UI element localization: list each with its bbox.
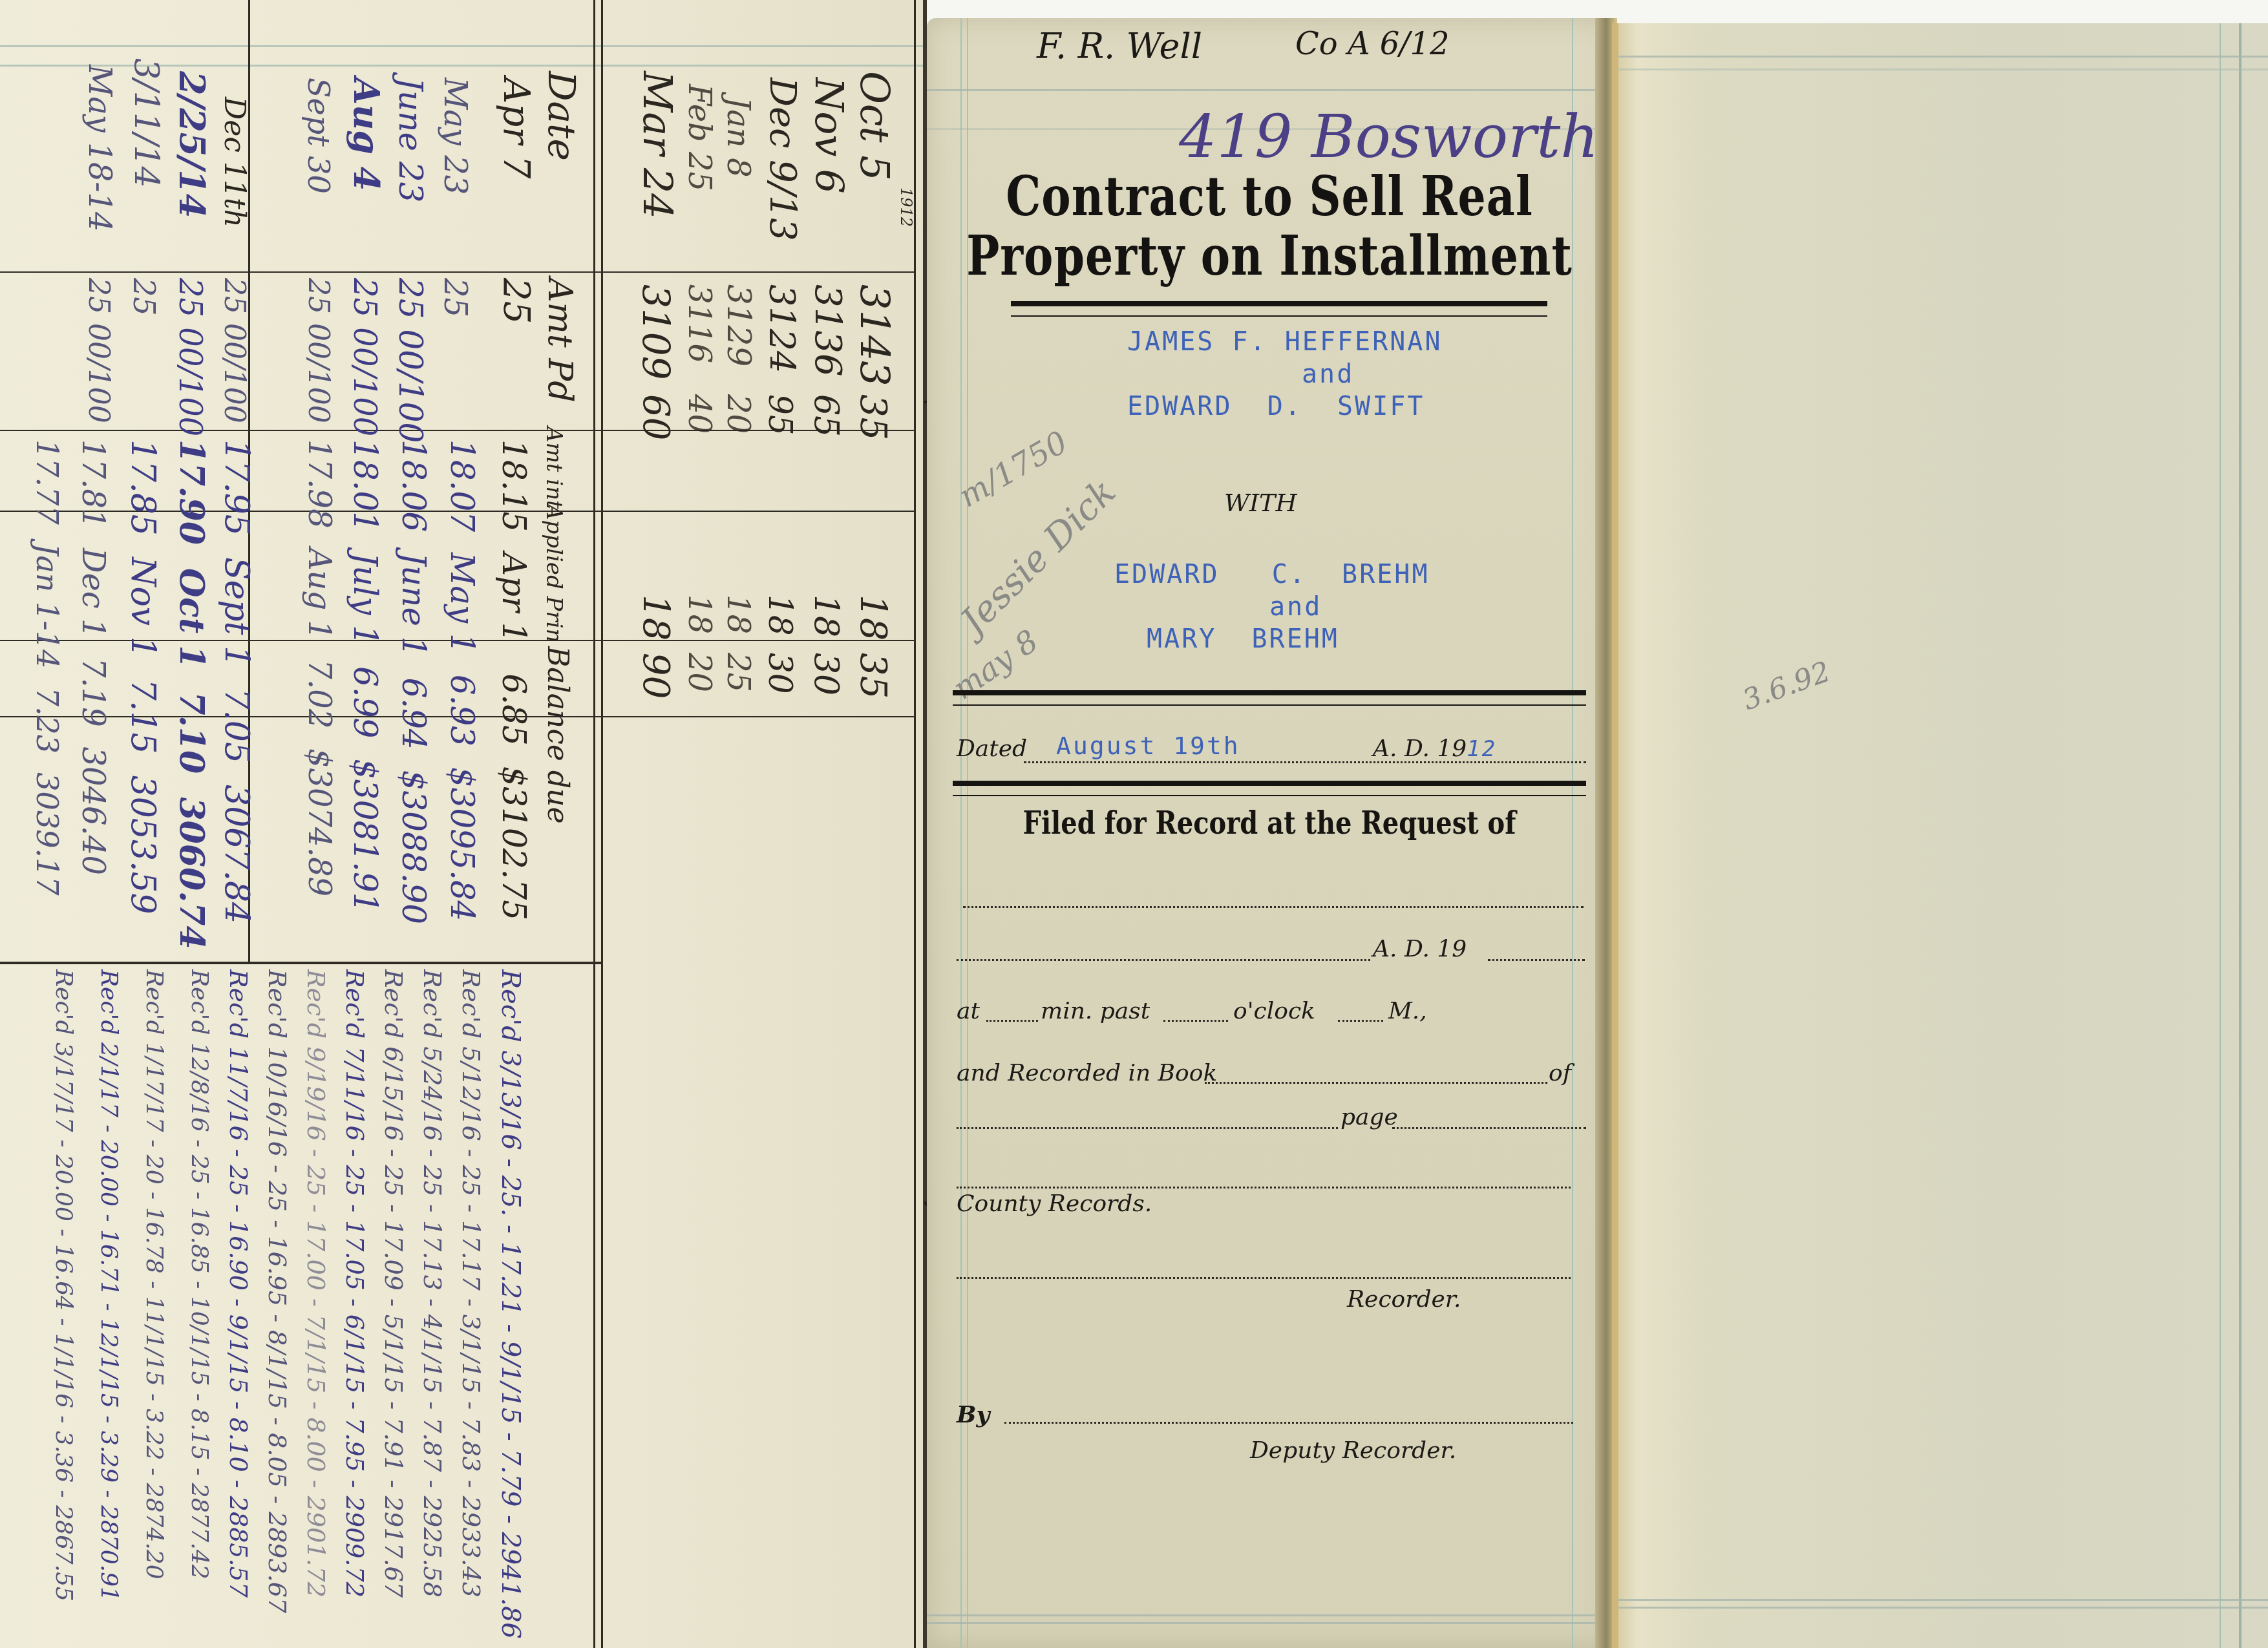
hw-header-applied-prin: Applied Prin bbox=[543, 504, 565, 642]
filed-heading: Filed for Record at the Request of bbox=[927, 805, 1612, 841]
party1-and: and bbox=[1302, 359, 1354, 389]
payment-amount: 25 bbox=[440, 278, 471, 317]
oclock-label: o'clock bbox=[1233, 998, 1315, 1024]
m-label: M., bbox=[1388, 998, 1427, 1024]
schedule-line: 18.01 July 1 6.99 $3081.91 bbox=[349, 439, 381, 913]
payment-amount: 25 00/100 bbox=[349, 278, 380, 436]
schedule-line: 17.98 Aug 1 7.02 $3074.89 bbox=[304, 439, 335, 896]
deputy-field[interactable] bbox=[1004, 1422, 1573, 1424]
annotation-address: 419 Bosworth bbox=[1179, 102, 1598, 171]
recorder-field[interactable] bbox=[957, 1277, 1571, 1279]
hw-header-balance: Balance due bbox=[543, 646, 571, 823]
guide-line bbox=[927, 1622, 1612, 1624]
receipt-entry: Rec'd 7/11/16 - 25 - 17.05 - 6/1/15 - 7.… bbox=[343, 969, 367, 1598]
receipt-entry: Rec'd 12/8/16 - 25 - 16.85 - 10/1/15 - 8… bbox=[187, 969, 211, 1579]
annotation-name: F. R. Well bbox=[1037, 26, 1202, 67]
book-of-field[interactable] bbox=[957, 1127, 1338, 1129]
payment-amount: 25 bbox=[129, 278, 159, 316]
column-rule bbox=[914, 0, 916, 1648]
title-line-2: Property on Installment bbox=[927, 224, 1612, 288]
request-of-field[interactable] bbox=[963, 906, 1584, 908]
payment-amount: 25 00/100 bbox=[84, 278, 112, 423]
title-line-1: Contract to Sell Real bbox=[927, 164, 1612, 229]
annotation-code: Co A 6/12 bbox=[1295, 26, 1450, 62]
payment-date: June 23 bbox=[394, 78, 427, 203]
dated-ad-label: A. D. 1912 bbox=[1373, 735, 1497, 762]
guide-line bbox=[927, 1614, 1612, 1616]
payment-amount: 25 00/100 bbox=[175, 278, 206, 436]
party1-name1: JAMES F. HEFFERNAN bbox=[1127, 327, 1442, 357]
receipt-entry: Rec'd 11/7/16 - 25 - 16.90 - 9/1/15 - 8.… bbox=[226, 969, 251, 1598]
schedule-line: 17.81 Dec 1 7.19 3046.40 bbox=[78, 439, 109, 875]
payment-date: 3/11/14 bbox=[129, 58, 163, 187]
dotted-line bbox=[1024, 761, 1586, 763]
ledger-page: Date Principal Interest Received by 1912… bbox=[0, 0, 927, 1648]
receipt-entry: Rec'd 10/16/16 - 25 - 16.95 - 8/1/15 - 8… bbox=[265, 969, 290, 1613]
payment-date: May 23 bbox=[440, 78, 471, 195]
dated-value: August 19th bbox=[1056, 732, 1240, 760]
schedule-line: 17.85 Nov 1 7.15 3053.59 bbox=[126, 439, 160, 914]
payment-amount: 25 00/100 bbox=[220, 278, 248, 423]
page-label: page bbox=[1341, 1104, 1398, 1130]
schedule-line: 17.77 Jan 1-14 7.23 3039.17 bbox=[32, 439, 62, 896]
party2-and: and bbox=[1269, 592, 1322, 622]
deputy-recorder-label: Deputy Recorder. bbox=[1250, 1437, 1456, 1464]
filed-year-field[interactable] bbox=[1488, 959, 1585, 961]
with-label: WITH bbox=[1224, 489, 1297, 517]
filed-date-field[interactable] bbox=[957, 959, 1370, 961]
guide-line bbox=[2220, 23, 2221, 1648]
of-label: of bbox=[1549, 1060, 1571, 1086]
recorder-label: Recorder. bbox=[1347, 1286, 1461, 1313]
receipt-entry: Rec'd 5/24/16 - 25 - 17.13 - 4/1/15 - 7.… bbox=[420, 969, 445, 1598]
receipt-entry: Rec'd 1/17/17 - 20 - 16.78 - 11/1/15 - 3… bbox=[142, 969, 165, 1579]
recorded-label: and Recorded in Book bbox=[957, 1060, 1217, 1086]
dated-year-suffix: 12 bbox=[1467, 736, 1497, 762]
pencil-note: 3.6.92 bbox=[1738, 655, 1834, 717]
column-rule bbox=[593, 0, 595, 1648]
page-field[interactable] bbox=[1392, 1127, 1586, 1129]
receipt-entry: Rec'd 3/13/16 - 25. - 17.21 - 9/1/15 - 7… bbox=[498, 969, 524, 1639]
party2-name2: MARY BREHM bbox=[1147, 624, 1339, 654]
row-rule bbox=[0, 962, 601, 964]
payment-amount: 25 bbox=[498, 278, 534, 324]
front-cover: F. R. Well Co A 6/12 419 Bosworth Contra… bbox=[927, 18, 1612, 1648]
guide-line bbox=[2239, 23, 2242, 1648]
guide-line bbox=[1618, 69, 2268, 70]
double-rule bbox=[953, 781, 1586, 796]
ampm-field[interactable] bbox=[1338, 1020, 1383, 1022]
receipt-entry: Rec'd 5/12/16 - 25 - 17.17 - 3/1/15 - 7.… bbox=[459, 969, 483, 1598]
column-rule bbox=[601, 0, 603, 1648]
pencil-note: m/1750 bbox=[953, 424, 1074, 514]
payment-date: May 18-14 bbox=[84, 65, 115, 232]
county-field[interactable] bbox=[957, 1187, 1571, 1188]
party1-name2: EDWARD D. SWIFT bbox=[1127, 392, 1425, 421]
row-rule bbox=[0, 271, 914, 273]
receipt-entry: Rec'd 3/17/17 - 20.00 - 16.64 - 1/1/16 -… bbox=[52, 969, 75, 1601]
min-past-label: min. past bbox=[1041, 998, 1150, 1024]
payment-date: Aug 4 bbox=[349, 78, 384, 191]
county-records-label: County Records. bbox=[957, 1190, 1152, 1217]
schedule-line: 17.90 Oct 1 7.10 3060.74 bbox=[175, 439, 208, 949]
double-rule bbox=[953, 690, 1586, 706]
payment-amount: 25 00/100 bbox=[304, 278, 332, 423]
back-cover: 3.6.92 bbox=[1612, 23, 2268, 1648]
payment-date: Sept 30 bbox=[304, 78, 334, 194]
schedule-line: 18.07 May 1 6.93 $3095.84 bbox=[446, 439, 478, 921]
receipt-entry: Rec'd 2/1/17 - 20.00 - 16.71 - 12/1/15 -… bbox=[97, 969, 120, 1601]
receipt-entry: Rec'd 6/15/16 - 25 - 17.09 - 5/1/15 - 7.… bbox=[381, 969, 406, 1598]
schedule-line: 17.95 Sept 1 7.05 3067.84 bbox=[220, 439, 253, 924]
year-note: 1912 bbox=[898, 187, 914, 227]
minutes-field[interactable] bbox=[986, 1020, 1038, 1022]
guide-line bbox=[1618, 1599, 2268, 1601]
by-label: By bbox=[957, 1401, 990, 1428]
hw-header-amt-int: Amt int bbox=[543, 427, 565, 509]
guide-line bbox=[1618, 1607, 2268, 1609]
payment-date: Dec 11th bbox=[220, 97, 248, 227]
at-label: at bbox=[957, 998, 980, 1024]
book-field[interactable] bbox=[1205, 1082, 1547, 1084]
ad19-label: A. D. 19 bbox=[1373, 936, 1467, 962]
payment-date: Apr 7 bbox=[498, 78, 534, 179]
schedule-line: 18.15 Apr 1 6.85 $3102.75 bbox=[498, 439, 530, 920]
schedule-line: 18.06 June 1 6.94 $3088.90 bbox=[397, 439, 430, 924]
ruled-guide bbox=[0, 45, 923, 47]
hw-header-amt-pd: Amt Pd bbox=[543, 278, 577, 403]
hour-field[interactable] bbox=[1163, 1020, 1228, 1022]
guide-line bbox=[927, 89, 1612, 91]
double-rule bbox=[1011, 301, 1547, 317]
hw-header-date: Date bbox=[543, 71, 580, 161]
receipt-entry: Rec'd 9/19/16 - 25 - 17.00 - 7/1/15 - 8.… bbox=[304, 969, 328, 1598]
guide-line bbox=[1618, 56, 2268, 58]
party2-name1: EDWARD C. BREHM bbox=[1114, 560, 1429, 589]
payment-date: 2/25/14 bbox=[175, 71, 209, 218]
dated-label: Dated bbox=[957, 735, 1027, 762]
payment-amount: 25 00/100 bbox=[394, 278, 427, 443]
